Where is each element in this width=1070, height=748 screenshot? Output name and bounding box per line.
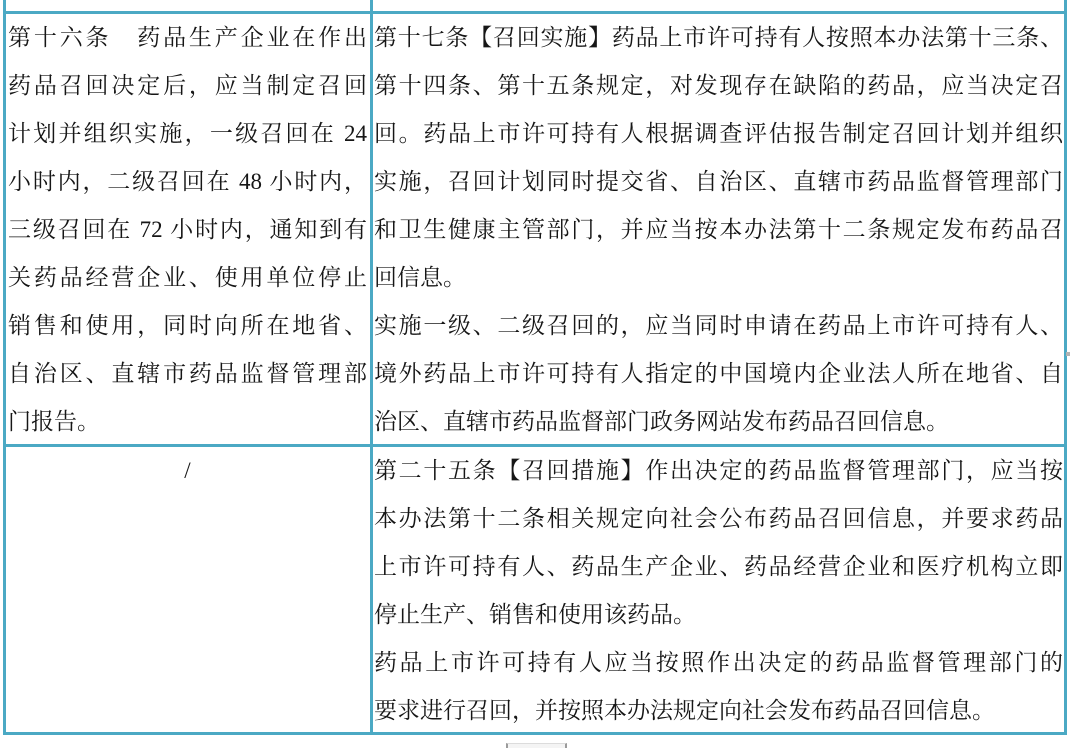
paragraph: 第十七条【召回实施】药品上市许可持有人按照本办法第十三条、第十四条、第十五条规定…	[374, 14, 1063, 302]
text-line: 第二十五条【召回措施】作出决定的药品监督管理部门，应当按	[374, 447, 1063, 495]
text-line: 实施一级、二级召回的，应当同时申请在药品上市许可持有人、	[374, 302, 1063, 350]
text-line: 药品上市许可持有人应当按照作出决定的药品监督管理部门的	[374, 639, 1063, 687]
regulation-comparison-table: 第十六条 药品生产企业在作出药品召回决定后，应当制定召回计划并组织实施，一级召回…	[3, 0, 1067, 735]
text-line: 小时内，二级召回在 48 小时内，	[8, 158, 367, 206]
text-line: 治区、直辖市药品监督部门政务网站发布药品召回信息。	[374, 398, 1063, 444]
paragraph: 实施一级、二级召回的，应当同时申请在药品上市许可持有人、境外药品上市许可持有人指…	[374, 302, 1063, 444]
table-row-article-16-17: 第十六条 药品生产企业在作出药品召回决定后，应当制定召回计划并组织实施，一级召回…	[6, 11, 1064, 444]
text-line: 要求进行召回，并按照本办法规定向社会发布药品召回信息。	[374, 687, 1063, 732]
text-line: 回信息。	[374, 254, 1063, 302]
cell-empty-placeholder: /	[6, 447, 373, 732]
paragraph: 药品上市许可持有人应当按照作出决定的药品监督管理部门的要求进行召回，并按照本办法…	[374, 639, 1063, 732]
cutoff-cell-left	[6, 0, 373, 11]
paragraph: 第十六条 药品生产企业在作出药品召回决定后，应当制定召回计划并组织实施，一级召回…	[8, 14, 367, 444]
cutoff-bottom-widget	[506, 743, 567, 748]
text-line: 计划并组织实施，一级召回在 24	[8, 110, 367, 158]
text-line: 和卫生健康主管部门，并应当按本办法第十二条规定发布药品召	[374, 206, 1063, 254]
text-line: 第十四条、第十五条规定，对发现存在缺陷的药品，应当决定召	[374, 62, 1063, 110]
text-line: 上市许可持有人、药品生产企业、药品经营企业和医疗机构立即	[374, 543, 1063, 591]
text-line: 停止生产、销售和使用该药品。	[374, 591, 1063, 639]
cell-article-25-new-provision: 第二十五条【召回措施】作出决定的药品监督管理部门，应当按本办法第十二条相关规定向…	[373, 447, 1064, 732]
table-row-article-25: / 第二十五条【召回措施】作出决定的药品监督管理部门，应当按本办法第十二条相关规…	[6, 444, 1064, 732]
scrollbar-fragment[interactable]	[1066, 352, 1070, 356]
text-line: 第十六条 药品生产企业在作出	[8, 14, 367, 62]
text-line: 门报告。	[8, 398, 367, 444]
cutoff-cell-right	[373, 0, 1064, 11]
table-row-cutoff-top	[6, 0, 1064, 11]
text-line: 第十七条【召回实施】药品上市许可持有人按照本办法第十三条、	[374, 14, 1063, 62]
text-line: 销售和使用，同时向所在地省、	[8, 302, 367, 350]
text-line: 境外药品上市许可持有人指定的中国境内企业法人所在地省、自	[374, 350, 1063, 398]
document-page: 第十六条 药品生产企业在作出药品召回决定后，应当制定召回计划并组织实施，一级召回…	[0, 0, 1070, 748]
cell-article-17-new-provision: 第十七条【召回实施】药品上市许可持有人按照本办法第十三条、第十四条、第十五条规定…	[373, 14, 1064, 444]
cell-article-16-old-provision: 第十六条 药品生产企业在作出药品召回决定后，应当制定召回计划并组织实施，一级召回…	[6, 14, 373, 444]
text-line: 关药品经营企业、使用单位停止	[8, 254, 367, 302]
text-line: 实施，召回计划同时提交省、自治区、直辖市药品监督管理部门	[374, 158, 1063, 206]
text-line: 回。药品上市许可持有人根据调查评估报告制定召回计划并组织	[374, 110, 1063, 158]
paragraph: 第二十五条【召回措施】作出决定的药品监督管理部门，应当按本办法第十二条相关规定向…	[374, 447, 1063, 639]
text-line: 本办法第十二条相关规定向社会公布药品召回信息，并要求药品	[374, 495, 1063, 543]
text-line: 三级召回在 72 小时内，通知到有	[8, 206, 367, 254]
text-line: 药品召回决定后，应当制定召回	[8, 62, 367, 110]
text-line: 自治区、直辖市药品监督管理部	[8, 350, 367, 398]
